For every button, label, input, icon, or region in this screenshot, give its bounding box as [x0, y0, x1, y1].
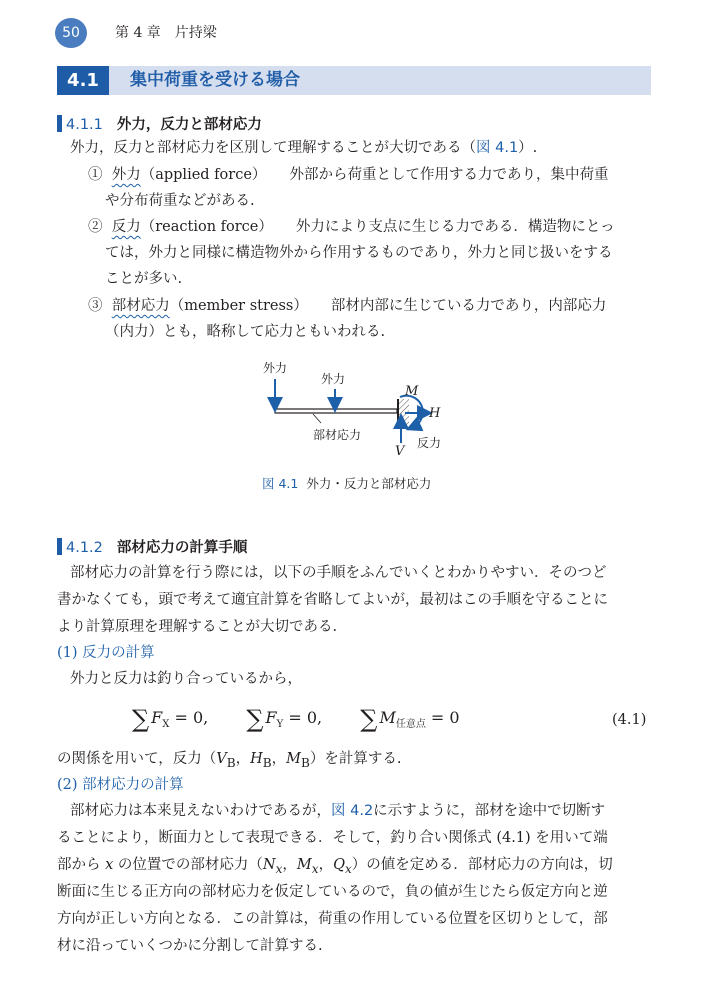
text: に示すように，部材を途中で切断す: [373, 803, 605, 819]
subsection-title: 外力，反力と部材応力: [117, 117, 262, 133]
var: V: [216, 751, 226, 767]
sub: B: [227, 756, 236, 770]
label-reaction: 反力: [417, 435, 441, 450]
list-item-1-line-2: や分布荷重などがある.: [105, 191, 255, 211]
subsection-number: 4.1.1: [66, 117, 103, 133]
item-text: 外力により支点に生じる力である．構造物にとっ: [296, 219, 615, 235]
list-item-2-line-2: ては，外力と同様に構造物外から作用するものであり，外力と同じ扱いをする: [105, 243, 613, 263]
eq-term: M: [379, 708, 395, 727]
caption-number: 図 4.1: [262, 476, 298, 491]
intro-paragraph: 外力，反力と部材応力を区別して理解することが大切である（図 4.1）.: [70, 138, 537, 158]
step1-text: 外力と反力は釣り合っているから，: [70, 669, 302, 689]
subsection-heading-4-1-1: 4.1.1外力，反力と部材応力: [57, 115, 262, 135]
step1-after: の関係を用いて，反力（VB，HB，MB）を計算する.: [57, 749, 402, 773]
para2-line-1: 部材応力は本来見えないわけであるが，図 4.2に示すように，部材を途中で切断す: [70, 801, 605, 821]
text: 部から: [57, 857, 105, 873]
eq-term: F: [266, 708, 277, 727]
label-applied-force-left: 外力: [263, 360, 287, 375]
step1-heading: (1) 反力の計算: [57, 643, 155, 663]
heading-marker: [57, 538, 62, 555]
para2-line-3: 部から x の位置での部材応力（Nx，Mx，Qx）の値を定める．部材応力の方向は…: [57, 855, 613, 879]
figure-ref-4-2[interactable]: 図 4.2: [331, 803, 373, 819]
text: の位置での部材応力（: [113, 857, 263, 873]
eq-term: F: [151, 708, 162, 727]
item-text: 部材内部に生じている力であり，内部応力: [331, 298, 607, 314]
item-marker: ③: [88, 298, 103, 314]
list-item-1-line-1: ① 外力（applied force） 外部から荷重として作用する力であり，集中…: [88, 165, 608, 185]
eq-sub: 任意点: [396, 719, 426, 730]
item-text: 外部から荷重として作用する力であり，集中荷重: [289, 167, 608, 183]
list-item-3-line-1: ③ 部材応力（member stress） 部材内部に生じている力であり，内部応…: [88, 296, 606, 316]
text: の関係を用いて，反力（: [57, 751, 216, 767]
figure-caption: 図 4.1 外力・反力と部材応力: [262, 474, 431, 492]
para2-line-4: 断面に生じる正方向の部材応力を仮定しているので，負の値が生じたら仮定方向と逆: [57, 882, 608, 902]
var: M: [286, 751, 301, 767]
equation-number: (4.1): [612, 710, 646, 730]
var: Q: [333, 857, 345, 873]
cantilever-diagram: 外力 外力 部材応力 M H V 反力: [255, 355, 465, 465]
heading-marker: [57, 115, 62, 132]
intro-end: ）.: [518, 140, 537, 156]
term-applied-force: 外力: [112, 167, 141, 183]
sum-symbol: ∑: [132, 705, 149, 733]
para1-line-3: より計算原理を理解することが大切である.: [57, 617, 337, 637]
eq-rest: = 0,: [169, 708, 208, 727]
term-reaction-force: 反力: [112, 219, 141, 235]
var: M: [297, 857, 312, 873]
text: 部材応力は本来見えないわけであるが，: [70, 803, 331, 819]
chapter-title: 第 4 章 片持梁: [115, 22, 217, 42]
term-english: （member stress）: [170, 298, 308, 314]
list-item-2-line-3: ことが多い.: [105, 269, 182, 289]
figure-ref-4-1[interactable]: 図 4.1: [476, 140, 518, 156]
label-vertical: V: [395, 444, 406, 459]
sub: B: [301, 756, 310, 770]
item-marker: ②: [88, 219, 103, 235]
para1-line-2: 書かなくても，頭で考えて適宜計算を省略してよいが，最初はこの手順を守ることに: [57, 590, 608, 610]
sep: ，: [272, 751, 287, 767]
text: ）を計算する.: [310, 751, 402, 767]
list-item-2-line-1: ② 反力（reaction force） 外力により支点に生じる力である．構造物…: [88, 217, 615, 237]
subsection-heading-4-1-2: 4.1.2部材応力の計算手順: [57, 538, 247, 558]
var: N: [263, 857, 276, 873]
sub: x: [312, 862, 319, 876]
term-english: （applied force）: [141, 167, 267, 183]
section-number: 4.1: [57, 66, 109, 95]
sub: x: [345, 862, 352, 876]
sep: ，: [282, 857, 297, 873]
page-number-badge: 50: [55, 18, 87, 48]
eq-rest: = 0: [426, 708, 460, 727]
sep: ，: [236, 751, 251, 767]
para2-line-5: 方向が正しい方向となる．この計算は，荷重の作用している位置を区切りとして，部: [57, 909, 608, 929]
para1-line-1: 部材応力の計算を行う際には，以下の手順をふんでいくとわかりやすい．そのつど: [70, 563, 607, 583]
eq-rest: = 0,: [283, 708, 322, 727]
para2-line-6: 材に沿っていくつかに分割して計算する.: [57, 936, 323, 956]
sub: B: [263, 756, 272, 770]
subsection-number: 4.1.2: [66, 540, 103, 556]
list-item-3-line-2: （内力）とも，略称して応力ともいわれる.: [105, 322, 385, 342]
sum-symbol: ∑: [360, 705, 377, 733]
equation-4-1: ∑FX = 0, ∑FY = 0, ∑M任意点 = 0: [132, 705, 460, 733]
intro-text: 外力，反力と部材応力を区別して理解することが大切である（: [70, 140, 476, 156]
term-english: （reaction force）: [141, 219, 273, 235]
label-horizontal: H: [428, 406, 441, 421]
item-marker: ①: [88, 167, 103, 183]
step2-heading: (2) 部材応力の計算: [57, 775, 184, 795]
subsection-title: 部材応力の計算手順: [117, 540, 248, 556]
var: H: [250, 751, 263, 767]
section-title: 集中荷重を受ける場合: [130, 66, 300, 95]
sep: ，: [319, 857, 334, 873]
label-moment: M: [404, 384, 419, 399]
term-member-stress: 部材応力: [112, 298, 170, 314]
label-applied-force-mid: 外力: [321, 371, 345, 386]
text: ）の値を定める．部材応力の方向は，切: [352, 857, 613, 873]
caption-text: 外力・反力と部材応力: [306, 476, 431, 491]
figure-4-1: 外力 外力 部材応力 M H V 反力: [255, 355, 465, 465]
label-member-stress: 部材応力: [313, 427, 361, 442]
para2-line-2: ることにより，断面力として表現できる．そして，釣り合い関係式 (4.1) を用い…: [57, 828, 608, 848]
sum-symbol: ∑: [246, 705, 263, 733]
